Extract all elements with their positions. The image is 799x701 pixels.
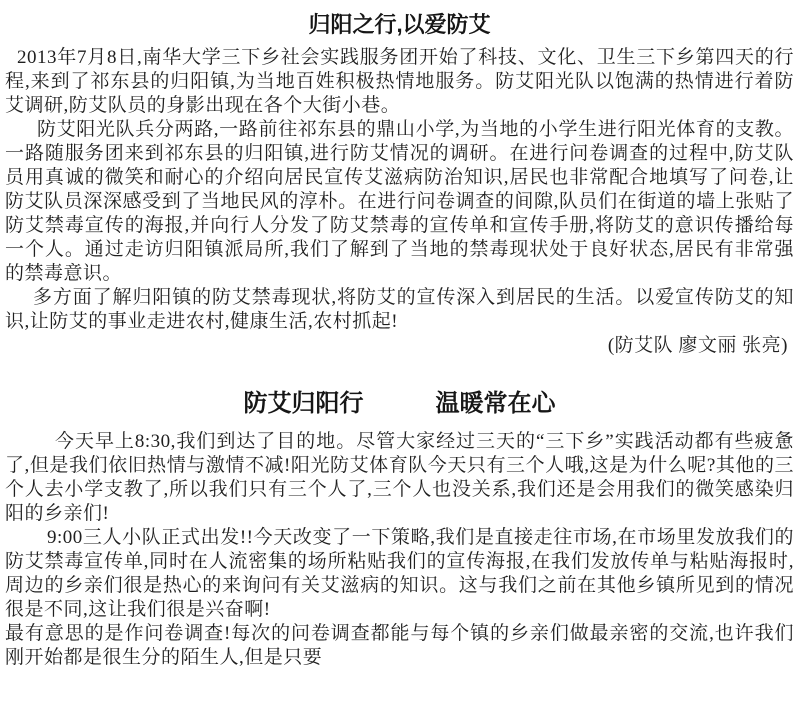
article1-paragraph-1: 2013年7月8日,南华大学三下乡社会实践服务团开始了科技、文化、卫生三下乡第四… bbox=[5, 46, 794, 118]
article2-paragraph-1: 今天早上8:30,我们到达了目的地。尽管大家经过三天的“三下乡”实践活动都有些疲… bbox=[5, 430, 794, 526]
article2-title-part2: 温暖常在心 bbox=[436, 390, 556, 417]
article2-paragraph-2: 9:00三人小队正式出发!!今天改变了一下策略,我们是直接走往市场,在市场里发放… bbox=[5, 526, 794, 622]
article1-byline: (防艾队 廖文丽 张亮) bbox=[5, 334, 794, 358]
article2-title-part1: 防艾归阳行 bbox=[244, 390, 364, 417]
document-page: 归阳之行,以爱防艾 2013年7月8日,南华大学三下乡社会实践服务团开始了科技、… bbox=[0, 0, 799, 701]
article-1: 归阳之行,以爱防艾 2013年7月8日,南华大学三下乡社会实践服务团开始了科技、… bbox=[5, 10, 794, 358]
article1-paragraph-2: 防艾阳光队兵分两路,一路前往祁东县的鼎山小学,为当地的小学生进行阳光体育的支教。… bbox=[5, 118, 794, 286]
article2-title: 防艾归阳行温暖常在心 bbox=[5, 388, 794, 420]
article1-title: 归阳之行,以爱防艾 bbox=[5, 10, 794, 40]
section-divider-space bbox=[5, 358, 794, 388]
article-2: 防艾归阳行温暖常在心 今天早上8:30,我们到达了目的地。尽管大家经过三天的“三… bbox=[5, 388, 794, 670]
article2-paragraph-3: 最有意思的是作问卷调查!每次的问卷调查都能与每个镇的乡亲们做最亲密的交流,也许我… bbox=[5, 622, 794, 670]
article1-paragraph-3: 多方面了解归阳镇的防艾禁毒现状,将防艾的宣传深入到居民的生活。以爱宣传防艾的知识… bbox=[5, 286, 794, 334]
